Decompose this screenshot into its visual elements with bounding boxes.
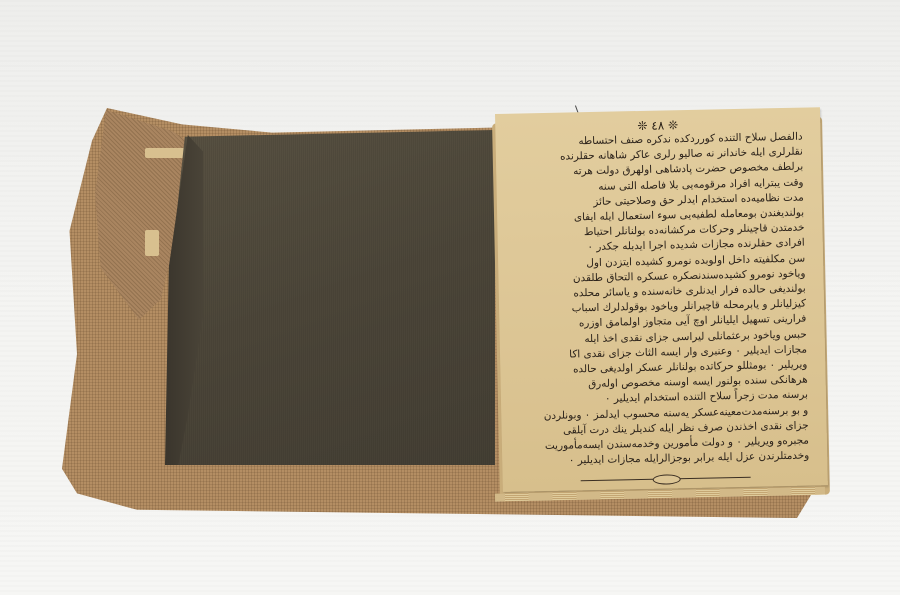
- torn-paper-fragment: [145, 148, 185, 158]
- rule-ornament-knot: [652, 475, 680, 486]
- torn-paper-fragment: [145, 230, 159, 256]
- decorative-rule: [580, 473, 750, 487]
- ottoman-text-body: دالفصل سلاح التنده کورردکده ندکره صنف اح…: [495, 129, 827, 470]
- open-book-page: ❊ ٤٨ ❊ دالفصل سلاح التنده کورردکده ندکره…: [495, 107, 828, 492]
- dark-cloth-inner-cover: [165, 130, 495, 465]
